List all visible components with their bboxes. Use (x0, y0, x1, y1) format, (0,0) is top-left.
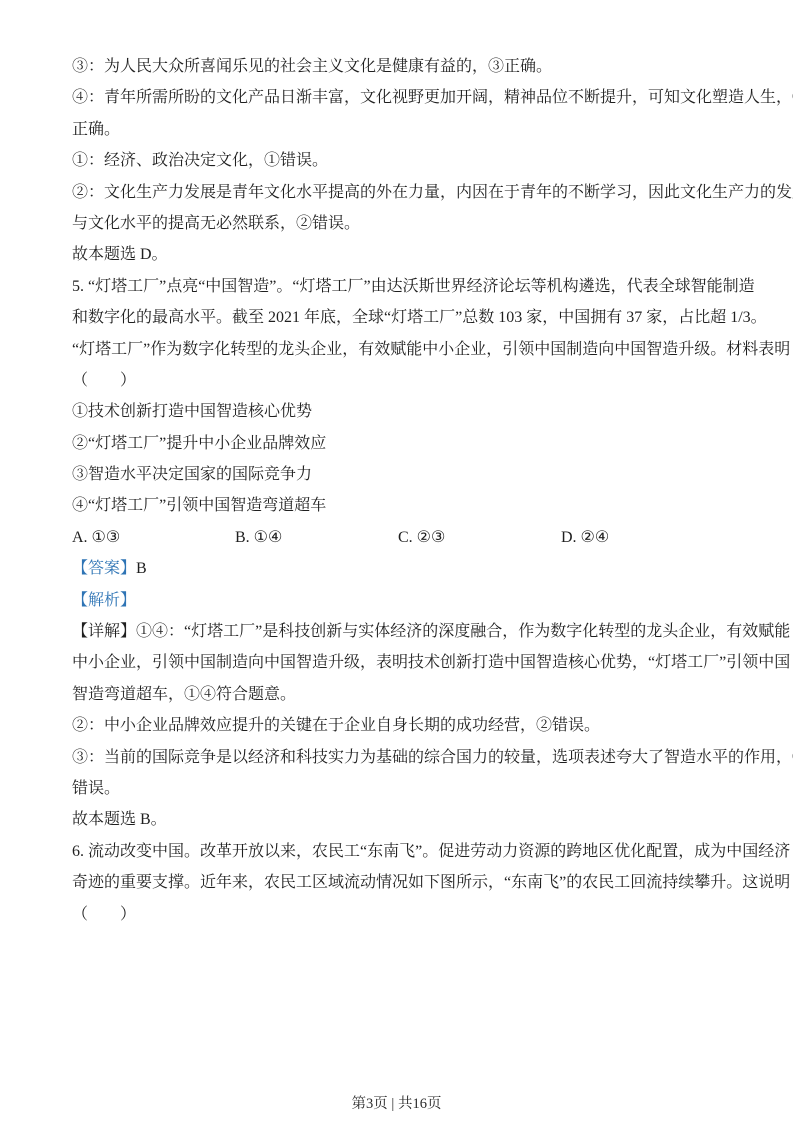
point3-explanation-line: ③：为人民大众所喜闻乐见的社会主义文化是健康有益的，③正确。 (72, 51, 724, 82)
detail-explanation-line-3: 智造弯道超车，①④符合题意。 (72, 679, 724, 710)
document-page: ③：为人民大众所喜闻乐见的社会主义文化是健康有益的，③正确。 ④：青年所需所盼的… (0, 0, 793, 1122)
detail-explanation-line-1: 【详解】①④：“灯塔工厂”是科技创新与实体经济的深度融合，作为数字化转型的龙头企… (72, 616, 724, 647)
question-6-line-1: 6. 流动改变中国。改革开放以来，农民工“东南飞”。促进劳动力资源的跨地区优化配… (72, 836, 724, 867)
option-b: B. ①④ (235, 522, 398, 553)
point4-explanation-line-2: 正确。 (72, 114, 724, 145)
point4-explanation-line-1: ④：青年所需所盼的文化产品日渐丰富，文化视野更加开阔，精神品位不断提升，可知文化… (72, 82, 724, 113)
point3-wrong-line-2: 错误。 (72, 773, 724, 804)
point2-explanation-line-1: ②：文化生产力发展是青年文化水平提高的外在力量，内因在于青年的不断学习，因此文化… (72, 177, 724, 208)
question-5-line-1: 5. “灯塔工厂”点亮“中国智造”。“灯塔工厂”由达沃斯世界经济论坛等机构遴选，… (72, 271, 724, 302)
question-6-bracket-line: （ ） (72, 899, 724, 930)
question-6-line-2: 奇迹的重要支撑。近年来，农民工区域流动情况如下图所示，“东南飞”的农民工回流持续… (72, 867, 724, 898)
analysis-line: 【解析】 (72, 585, 724, 616)
point1-explanation-line: ①：经济、政治决定文化，①错误。 (72, 145, 724, 176)
options-row: A. ①③B. ①④C. ②③D. ②④ (72, 522, 724, 553)
point3-wrong-line-1: ③：当前的国际竞争是以经济和科技实力为基础的综合国力的较量，选项表述夸大了智造水… (72, 742, 724, 773)
question-5-line-3: “灯塔工厂”作为数字化转型的龙头企业，有效赋能中小企业，引领中国制造向中国智造升… (72, 334, 724, 365)
conclusion-line-q4: 故本题选 D。 (72, 239, 724, 270)
option-c: C. ②③ (398, 522, 561, 553)
detail-explanation-line-2: 中小企业，引领中国制造向中国智造升级，表明技术创新打造中国智造核心优势，“灯塔工… (72, 647, 724, 678)
analysis-label: 【解析】 (72, 592, 136, 609)
question-5-line-2: 和数字化的最高水平。截至 2021 年底，全球“灯塔工厂”总数 103 家，中国… (72, 302, 724, 333)
conclusion-line-q5: 故本题选 B。 (72, 804, 724, 835)
answer-line: 【答案】B (72, 553, 724, 584)
question-5-statement-1: ①技术创新打造中国智造核心优势 (72, 396, 724, 427)
answer-label: 【答案】 (72, 560, 136, 577)
page-footer: 第3页 | 共16页 (0, 1092, 793, 1113)
answer-value: B (136, 560, 147, 577)
point2-explanation-line-2: 与文化水平的提高无必然联系，②错误。 (72, 208, 724, 239)
question-5-statement-3: ③智造水平决定国家的国际竞争力 (72, 459, 724, 490)
question-5-statement-4: ④“灯塔工厂”引领中国智造弯道超车 (72, 490, 724, 521)
question-5-bracket-line: （ ） (72, 365, 724, 396)
document-body: ③：为人民大众所喜闻乐见的社会主义文化是健康有益的，③正确。 ④：青年所需所盼的… (72, 51, 724, 930)
point2-wrong-line: ②：中小企业品牌效应提升的关键在于企业自身长期的成功经营，②错误。 (72, 710, 724, 741)
option-a: A. ①③ (72, 522, 235, 553)
question-5-statement-2: ②“灯塔工厂”提升中小企业品牌效应 (72, 428, 724, 459)
option-d: D. ②④ (561, 522, 609, 553)
